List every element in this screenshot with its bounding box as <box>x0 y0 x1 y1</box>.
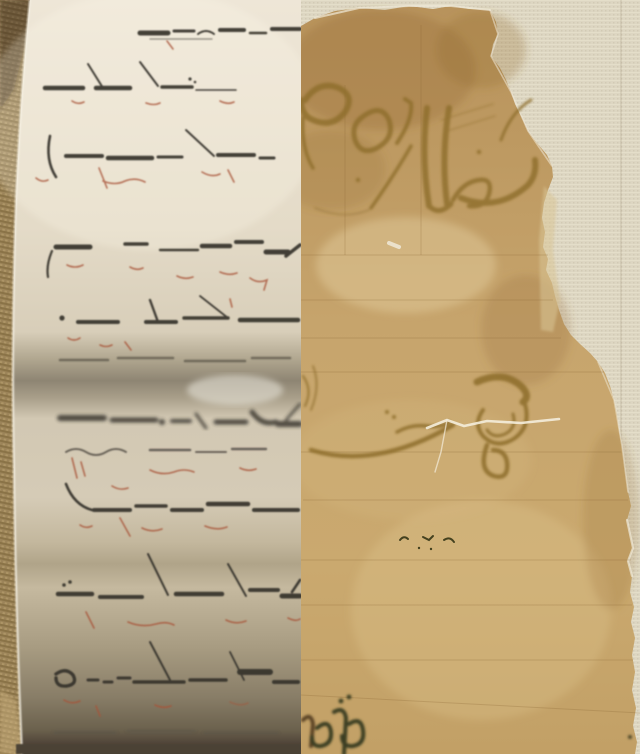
fold-reflection <box>187 375 283 405</box>
manuscript-photo-collage <box>0 0 640 754</box>
photo-bottom-strip <box>16 744 301 754</box>
paper-sheen <box>0 0 301 250</box>
folded-letter-photo <box>0 0 301 754</box>
fragment-art <box>301 0 640 754</box>
parchment-fragment-photo <box>301 0 640 754</box>
folded-letter-art <box>0 0 301 754</box>
